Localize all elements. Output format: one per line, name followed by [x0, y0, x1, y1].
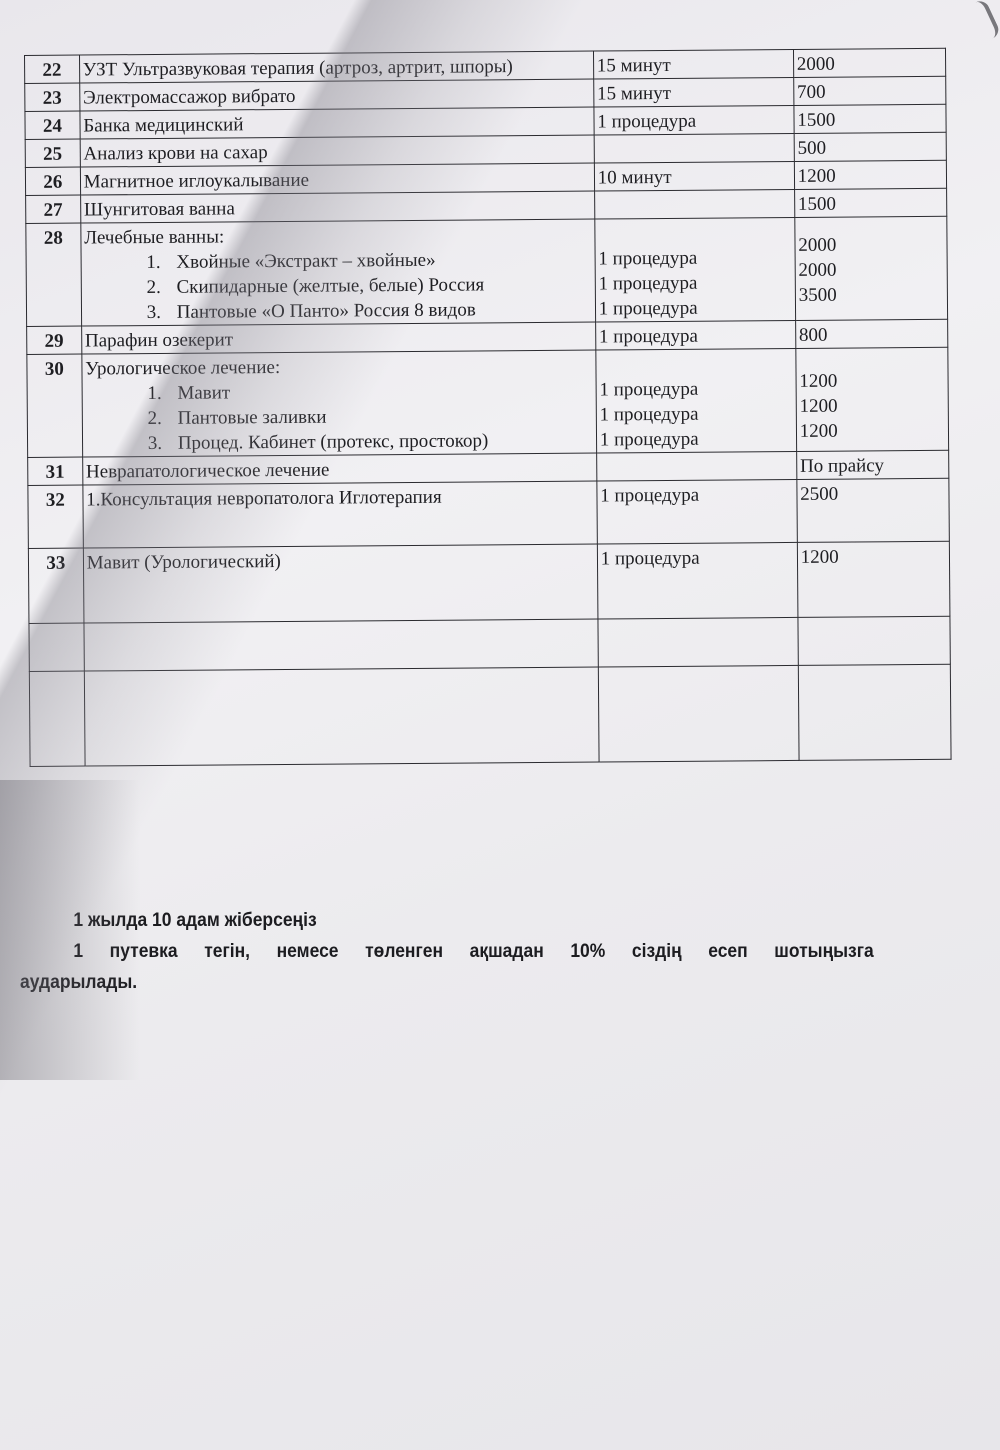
row-number: 23 [25, 83, 80, 111]
service-price: По прайсу [796, 450, 948, 479]
table-row-empty [29, 664, 951, 766]
service-unit: 1 процедура [595, 320, 795, 350]
service-name: Банка медицинский [80, 107, 594, 139]
service-unit: 15 минут [593, 49, 793, 79]
empty-cell [598, 617, 798, 667]
service-group: Урологическое лечение: 1.Мавит 2.Пантовы… [82, 350, 597, 457]
empty-cell [29, 623, 84, 671]
service-price: 2000 2000 3500 [795, 216, 948, 320]
service-name: Электромассажор вибрато [79, 79, 593, 111]
row-number: 22 [25, 55, 80, 83]
service-unit [596, 451, 796, 481]
row-number: 29 [27, 326, 82, 354]
empty-cell [598, 665, 799, 762]
table-row: 30 Урологическое лечение: 1.Мавит 2.Пант… [27, 347, 949, 457]
footer-note: 1 жылда 10 адам жіберсеңіз 1 путевка тег… [20, 905, 874, 998]
service-unit: 1 процедура [594, 105, 794, 135]
paper-clip [968, 0, 1000, 42]
row-number: 33 [28, 548, 83, 623]
sub-service-item: 1.Мавит [147, 378, 592, 406]
service-price: 1200 1200 1200 [796, 347, 949, 451]
row-number: 25 [25, 139, 80, 167]
table-row: 33 Мавит (Урологический) 1 процедура 120… [28, 541, 950, 623]
service-name: УЗТ Ультразвуковая терапия (артроз, артр… [79, 51, 593, 83]
service-name: 1.Консультация невропатолога Иглотерапия [83, 481, 597, 548]
sub-service-item: 1.Хвойные «Экстракт – хвойные» [146, 247, 591, 275]
row-number: 24 [25, 111, 80, 139]
service-price: 1500 [794, 104, 946, 133]
service-price: 1500 [794, 188, 946, 217]
service-unit [594, 189, 794, 219]
sub-service-item: 2.Скипидарные (желтые, белые) Россия [146, 272, 591, 300]
service-group: Лечебные ванны: 1.Хвойные «Экстракт – хв… [81, 219, 596, 326]
sub-service-item: 2.Пантовые заливки [147, 403, 592, 431]
service-price: 2000 [793, 48, 945, 77]
service-unit: 1 процедура 1 процедура 1 процедура [595, 217, 796, 322]
row-number: 27 [26, 195, 81, 223]
row-number: 28 [26, 223, 82, 326]
service-price: 500 [794, 132, 946, 161]
service-unit: 1 процедура 1 процедура 1 процедура [596, 348, 797, 453]
service-name: Анализ крови на сахар [80, 135, 594, 167]
service-unit: 15 минут [593, 77, 793, 107]
sub-service-list: 1.Мавит 2.Пантовые заливки 3.Процед. Каб… [85, 378, 593, 457]
footer-line-2: 1 путевка тегін, немесе төленген ақшадан… [20, 936, 874, 998]
service-name: Парафин озекерит [81, 322, 595, 354]
sub-service-list: 1.Хвойные «Экстракт – хвойные» 2.Скипида… [84, 247, 592, 326]
service-unit [594, 133, 794, 163]
row-number: 32 [28, 485, 83, 548]
footer-line-1: 1 жылда 10 адам жіберсеңіз [20, 905, 874, 936]
service-name: Мавит (Урологический) [83, 544, 598, 623]
empty-cell [84, 667, 599, 766]
service-price: 1200 [797, 541, 950, 617]
empty-cell [798, 664, 951, 760]
price-table: 22 УЗТ Ультразвуковая терапия (артроз, а… [24, 48, 952, 767]
table-row: 32 1.Консультация невропатолога Иглотера… [28, 478, 949, 548]
sub-service-item: 3.Процед. Кабинет (протекс, простокор) [148, 428, 593, 456]
table-row-empty [29, 616, 950, 671]
sub-service-item: 3.Пантовые «О Панто» Россия 8 видов [147, 297, 592, 325]
row-number: 26 [25, 167, 80, 195]
service-name: Шунгитовая ванна [80, 191, 594, 223]
service-price: 800 [795, 319, 947, 348]
service-name: Магнитное иглоукалывание [80, 163, 594, 195]
service-name: Неврапатологическое лечение [82, 453, 596, 485]
service-price: 1200 [794, 160, 946, 189]
table-row: 28 Лечебные ванны: 1.Хвойные «Экстракт –… [26, 216, 948, 326]
service-price: 2500 [797, 478, 950, 542]
empty-cell [798, 616, 951, 665]
service-unit: 1 процедура [597, 542, 798, 619]
empty-cell [29, 671, 84, 766]
service-unit: 1 процедура [597, 479, 798, 544]
row-number: 31 [28, 457, 83, 485]
row-number: 30 [27, 354, 83, 457]
service-unit: 10 минут [594, 161, 794, 191]
service-price: 700 [793, 76, 945, 105]
empty-cell [84, 619, 598, 671]
